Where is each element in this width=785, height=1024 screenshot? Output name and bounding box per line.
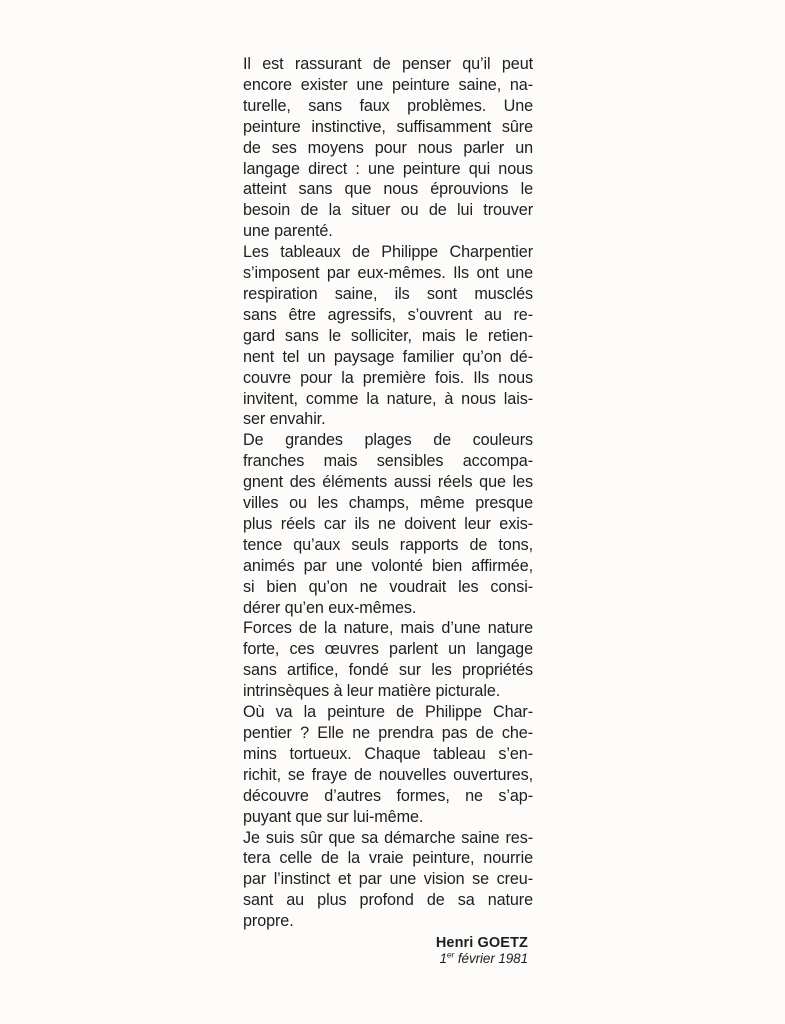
text-line: pentier ? Elle ne prendra pas de che- (243, 723, 533, 744)
text-line: Où va la peinture de Philippe Char- (243, 702, 533, 723)
author-name: Henri GOETZ (243, 935, 528, 951)
paragraph: Forces de la nature, mais d’une naturefo… (243, 618, 533, 702)
text-line: Je suis sûr que sa démarche saine res- (243, 828, 533, 849)
text-line: peinture instinctive, suffisamment sûre (243, 117, 533, 138)
text-line: turelle, sans faux problèmes. Une (243, 96, 533, 117)
text-line: découvre d’autres formes, ne s’ap- (243, 786, 533, 807)
text-line: besoin de la situer ou de lui trouver (243, 200, 533, 221)
text-line: dérer qu’en eux-mêmes. (243, 598, 533, 619)
text-line: animés par une volonté bien affirmée, (243, 556, 533, 577)
text-line: franches mais sensibles accompa- (243, 451, 533, 472)
text-line: plus réels car ils ne doivent leur exis- (243, 514, 533, 535)
paragraph: Où va la peinture de Philippe Char-penti… (243, 702, 533, 827)
text-line: sant au plus profond de sa nature (243, 890, 533, 911)
text-line: tera celle de la vraie peinture, nourrie (243, 848, 533, 869)
text-line: nent tel un paysage familier qu’on dé- (243, 347, 533, 368)
text-line: tence qu’aux seuls rapports de tons, (243, 535, 533, 556)
text-line: encore exister une peinture saine, na- (243, 75, 533, 96)
text-line: De grandes plages de couleurs (243, 430, 533, 451)
text-line: ser envahir. (243, 409, 533, 430)
text-line: Les tableaux de Philippe Charpentier (243, 242, 533, 263)
text-line: sans artifice, fondé sur les propriétés (243, 660, 533, 681)
text-line: propre. (243, 911, 533, 932)
text-line: atteint sans que nous éprouvions le (243, 179, 533, 200)
text-line: respiration saine, ils sont musclés (243, 284, 533, 305)
paragraph: Il est rassurant de penser qu’il peutenc… (243, 54, 533, 242)
document-page: Il est rassurant de penser qu’il peutenc… (0, 0, 785, 1024)
text-line: intrinsèques à leur matière picturale. (243, 681, 533, 702)
paragraph: Les tableaux de Philippe Charpentiers’im… (243, 242, 533, 430)
text-line: une parenté. (243, 221, 533, 242)
article-body: Il est rassurant de penser qu’il peutenc… (243, 54, 533, 932)
text-line: invitent, comme la nature, à nous lais- (243, 389, 533, 410)
paragraph: Je suis sûr que sa démarche saine res-te… (243, 828, 533, 933)
text-line: couvre pour la première fois. Ils nous (243, 368, 533, 389)
date-ordinal: er (447, 950, 454, 960)
text-line: Forces de la nature, mais d’une nature (243, 618, 533, 639)
text-line: puyant que sur lui-même. (243, 807, 533, 828)
text-line: villes ou les champs, même presque (243, 493, 533, 514)
text-line: de ses moyens pour nous parler un (243, 138, 533, 159)
text-line: Il est rassurant de penser qu’il peut (243, 54, 533, 75)
date-rest: février 1981 (458, 951, 528, 966)
text-line: gnent des éléments aussi réels que les (243, 472, 533, 493)
signature-block: Henri GOETZ 1er février 1981 (243, 935, 533, 966)
text-line: si bien qu’on ne voudrait les consi- (243, 577, 533, 598)
date-day: 1 (439, 951, 446, 966)
paragraph: De grandes plages de couleursfranches ma… (243, 430, 533, 618)
article-column: Il est rassurant de penser qu’il peutenc… (243, 54, 533, 966)
signature-date: 1er février 1981 (243, 951, 528, 966)
text-line: forte, ces œuvres parlent un langage (243, 639, 533, 660)
text-line: langage direct : une peinture qui nous (243, 159, 533, 180)
text-line: mins tortueux. Chaque tableau s’en- (243, 744, 533, 765)
text-line: gard sans le solliciter, mais le retien- (243, 326, 533, 347)
text-line: s’imposent par eux-mêmes. Ils ont une (243, 263, 533, 284)
text-line: sans être agressifs, s’ouvrent au re- (243, 305, 533, 326)
text-line: par l’instinct et par une vision se creu… (243, 869, 533, 890)
text-line: richit, se fraye de nouvelles ouvertures… (243, 765, 533, 786)
